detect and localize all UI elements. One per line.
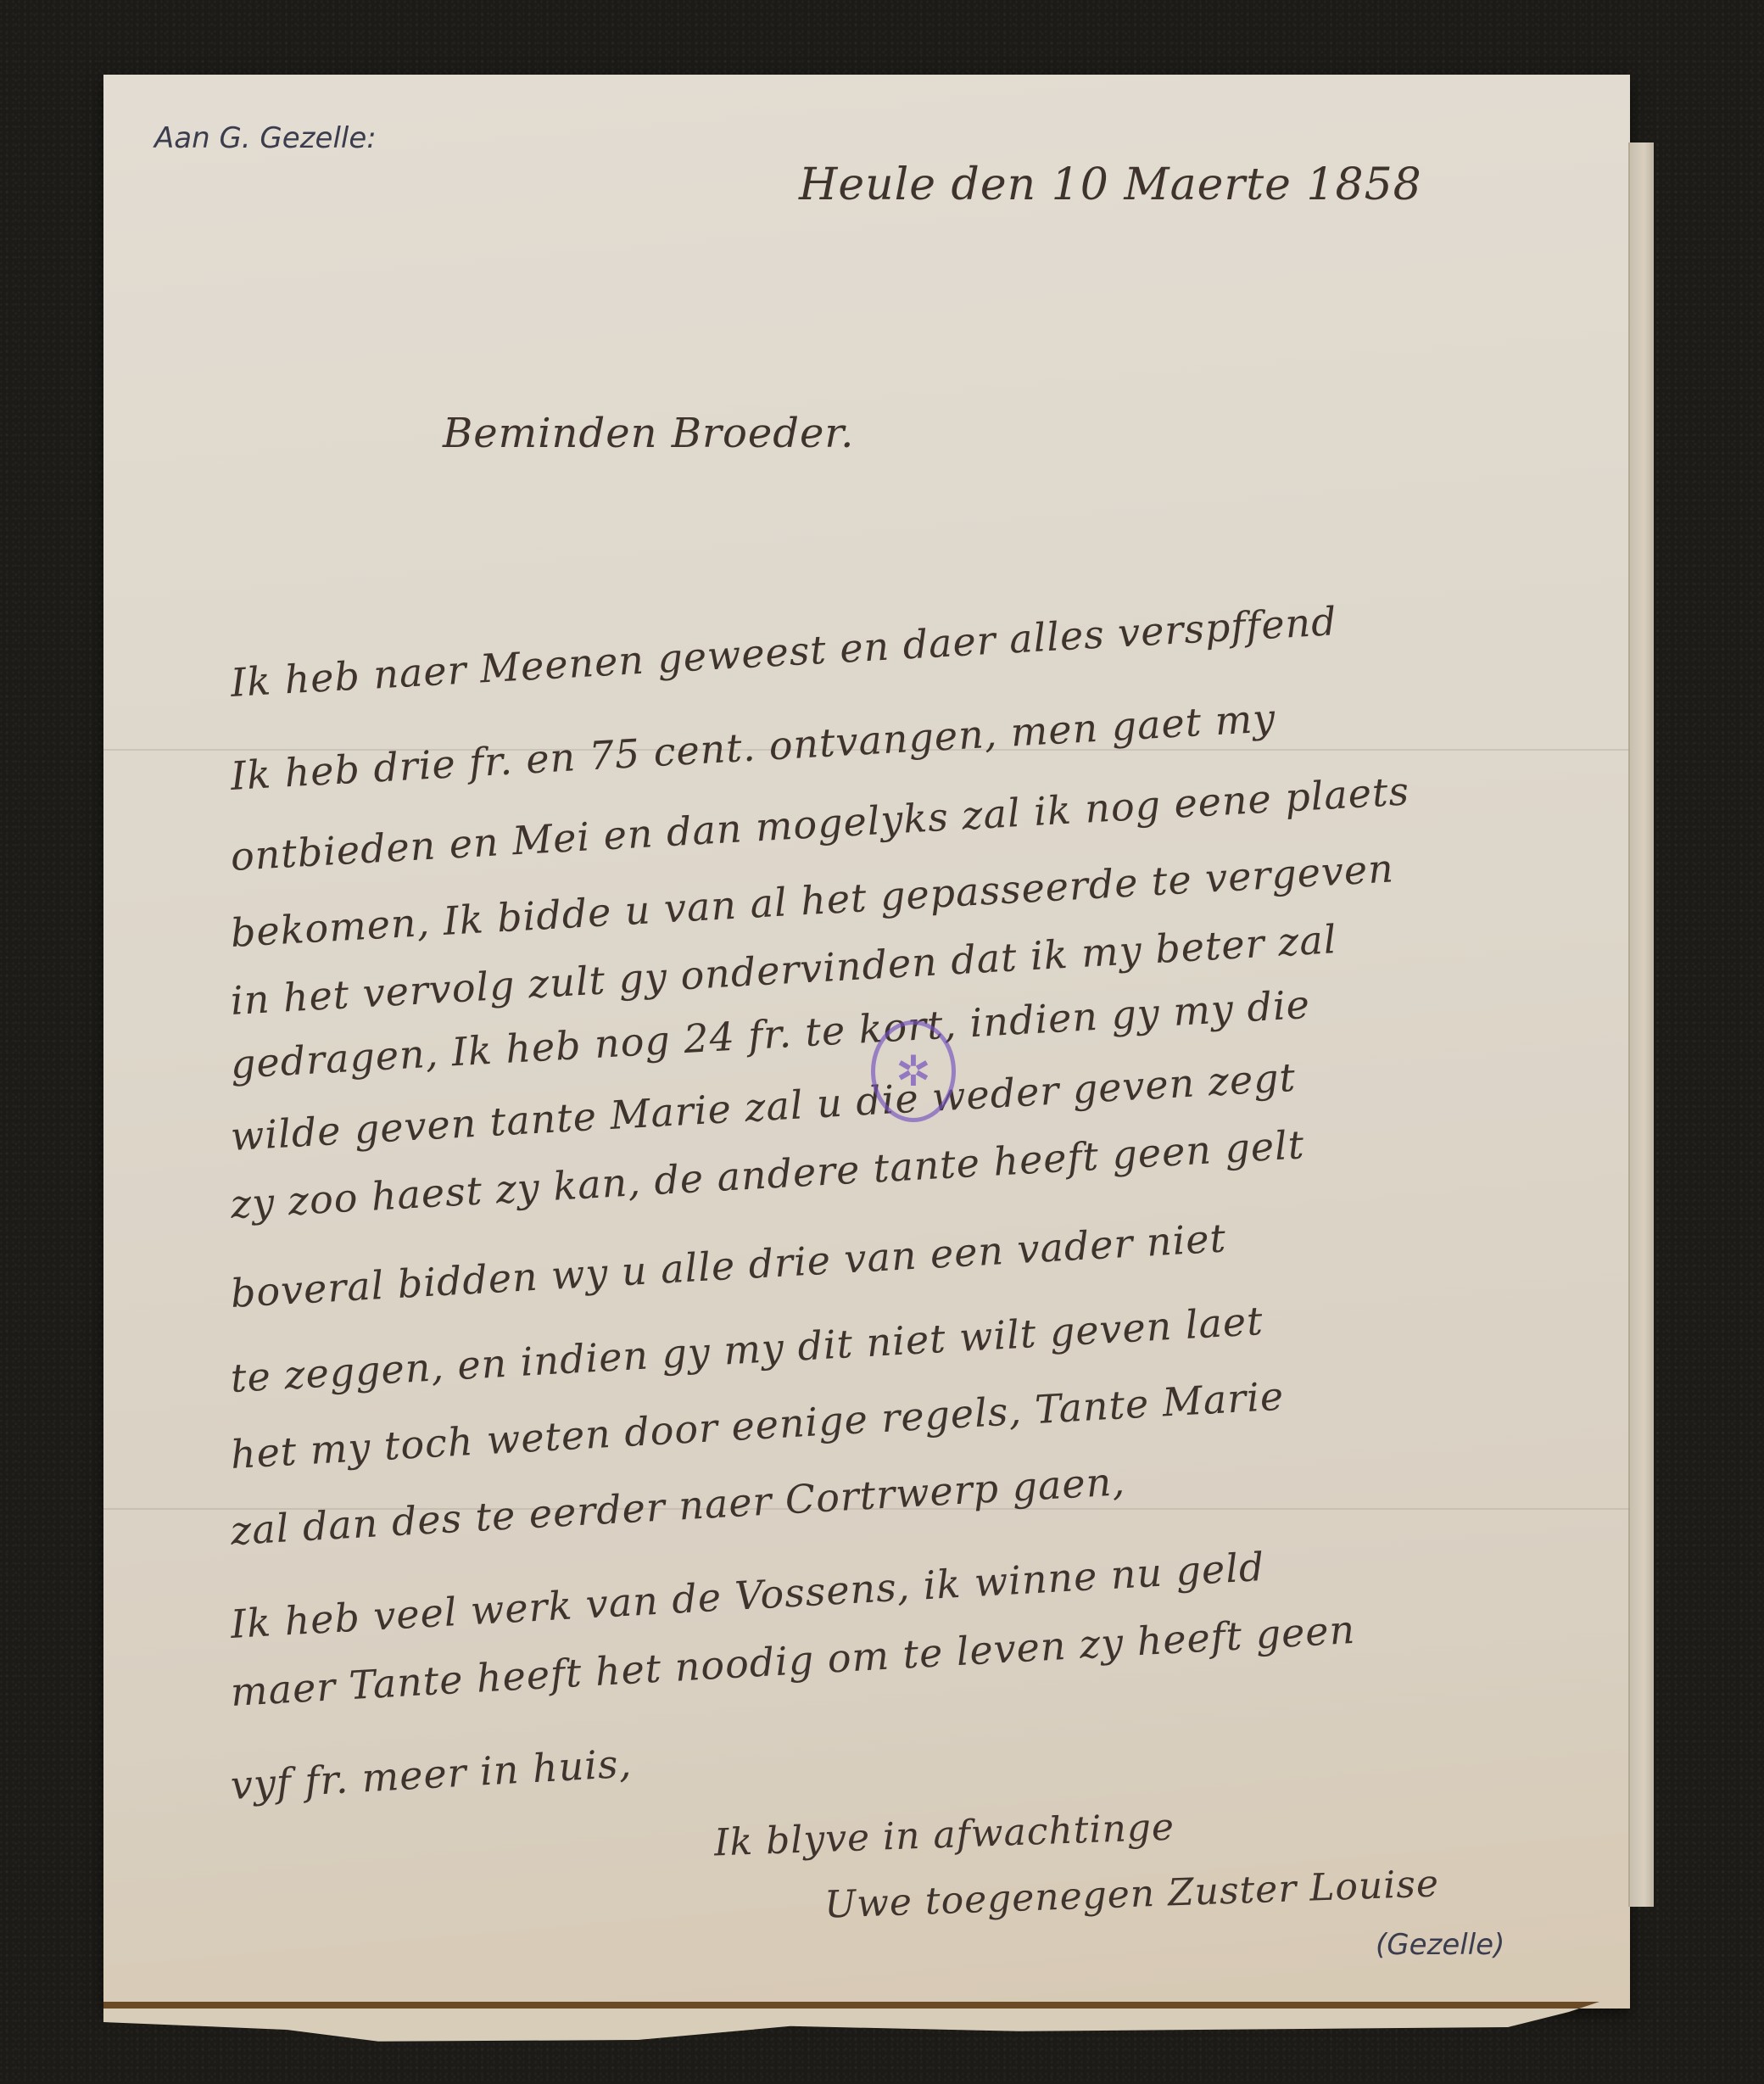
closing-line: Ik blyve in afwachtinge — [713, 1806, 1175, 1865]
body-line: vyf fr. meer in huis, — [229, 1740, 633, 1808]
archival-annotation-recipient: Aan G. Gezelle: — [154, 121, 377, 155]
body-line: boveral bidden wy u alle drie van een va… — [229, 1215, 1227, 1316]
body-line: Ik heb naer Meenen geweest en daer alles… — [229, 598, 1337, 706]
salutation: Beminden Broeder. — [443, 410, 854, 457]
closing-signature: Uwe toegenegen Zuster Louise — [823, 1862, 1439, 1926]
place-and-date: Heule den 10 Maerte 1858 — [799, 159, 1422, 210]
purple-insect-stamp-icon: ✲ — [871, 1020, 956, 1122]
body-line: zal dan des te eerder naer Cortrwerp gae… — [229, 1458, 1126, 1554]
damaged-bottom-edge — [103, 1992, 1630, 2042]
archival-annotation-author: (Gezelle) — [1376, 1928, 1504, 1962]
letter-page: Aan G. Gezelle: Heule den 10 Maerte 1858… — [103, 75, 1630, 2009]
torn-right-edge — [1628, 142, 1654, 1907]
